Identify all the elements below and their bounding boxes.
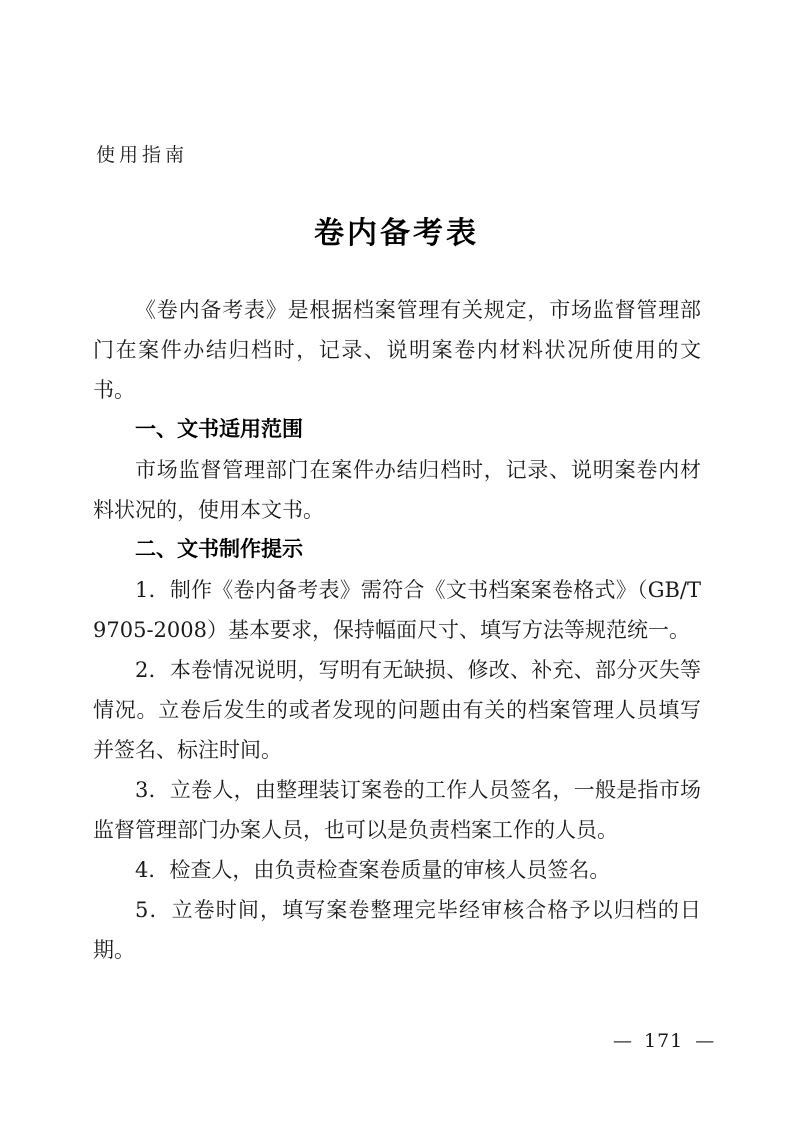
page-header-label: 使用指南 bbox=[96, 140, 188, 167]
scope-paragraph: 市场监督管理部门在案件办结归档时，记录、说明案卷内材料状况的，使用本文书。 bbox=[93, 450, 701, 530]
tip-item-4: 4．检查人，由负责检查案卷质量的审核人员签名。 bbox=[93, 850, 701, 890]
document-body: 《卷内备考表》是根据档案管理有关规定，市场监督管理部门在案件办结归档时，记录、说… bbox=[93, 290, 701, 970]
tip-item-3: 3．立卷人，由整理装订案卷的工作人员签名，一般是指市场监督管理部门办案人员，也可… bbox=[93, 770, 701, 850]
document-title: 卷内备考表 bbox=[0, 208, 793, 252]
page-number: 171 bbox=[644, 1030, 683, 1052]
page-footer: —171— bbox=[613, 1030, 714, 1052]
intro-paragraph: 《卷内备考表》是根据档案管理有关规定，市场监督管理部门在案件办结归档时，记录、说… bbox=[93, 290, 701, 410]
section-heading-scope: 一、文书适用范围 bbox=[93, 410, 701, 450]
tip-item-5: 5．立卷时间，填写案卷整理完毕经审核合格予以归档的日期。 bbox=[93, 890, 701, 970]
section-heading-tips: 二、文书制作提示 bbox=[93, 530, 701, 570]
tip-item-2: 2．本卷情况说明，写明有无缺损、修改、补充、部分灭失等情况。立卷后发生的或者发现… bbox=[93, 650, 701, 770]
footer-left-dash: — bbox=[613, 1030, 632, 1052]
footer-right-dash: — bbox=[695, 1030, 714, 1052]
tip-item-1: 1．制作《卷内备考表》需符合《文书档案案卷格式》（GB/T 9705-2008）… bbox=[93, 570, 701, 650]
document-page: 使用指南 卷内备考表 《卷内备考表》是根据档案管理有关规定，市场监督管理部门在案… bbox=[0, 0, 793, 1122]
